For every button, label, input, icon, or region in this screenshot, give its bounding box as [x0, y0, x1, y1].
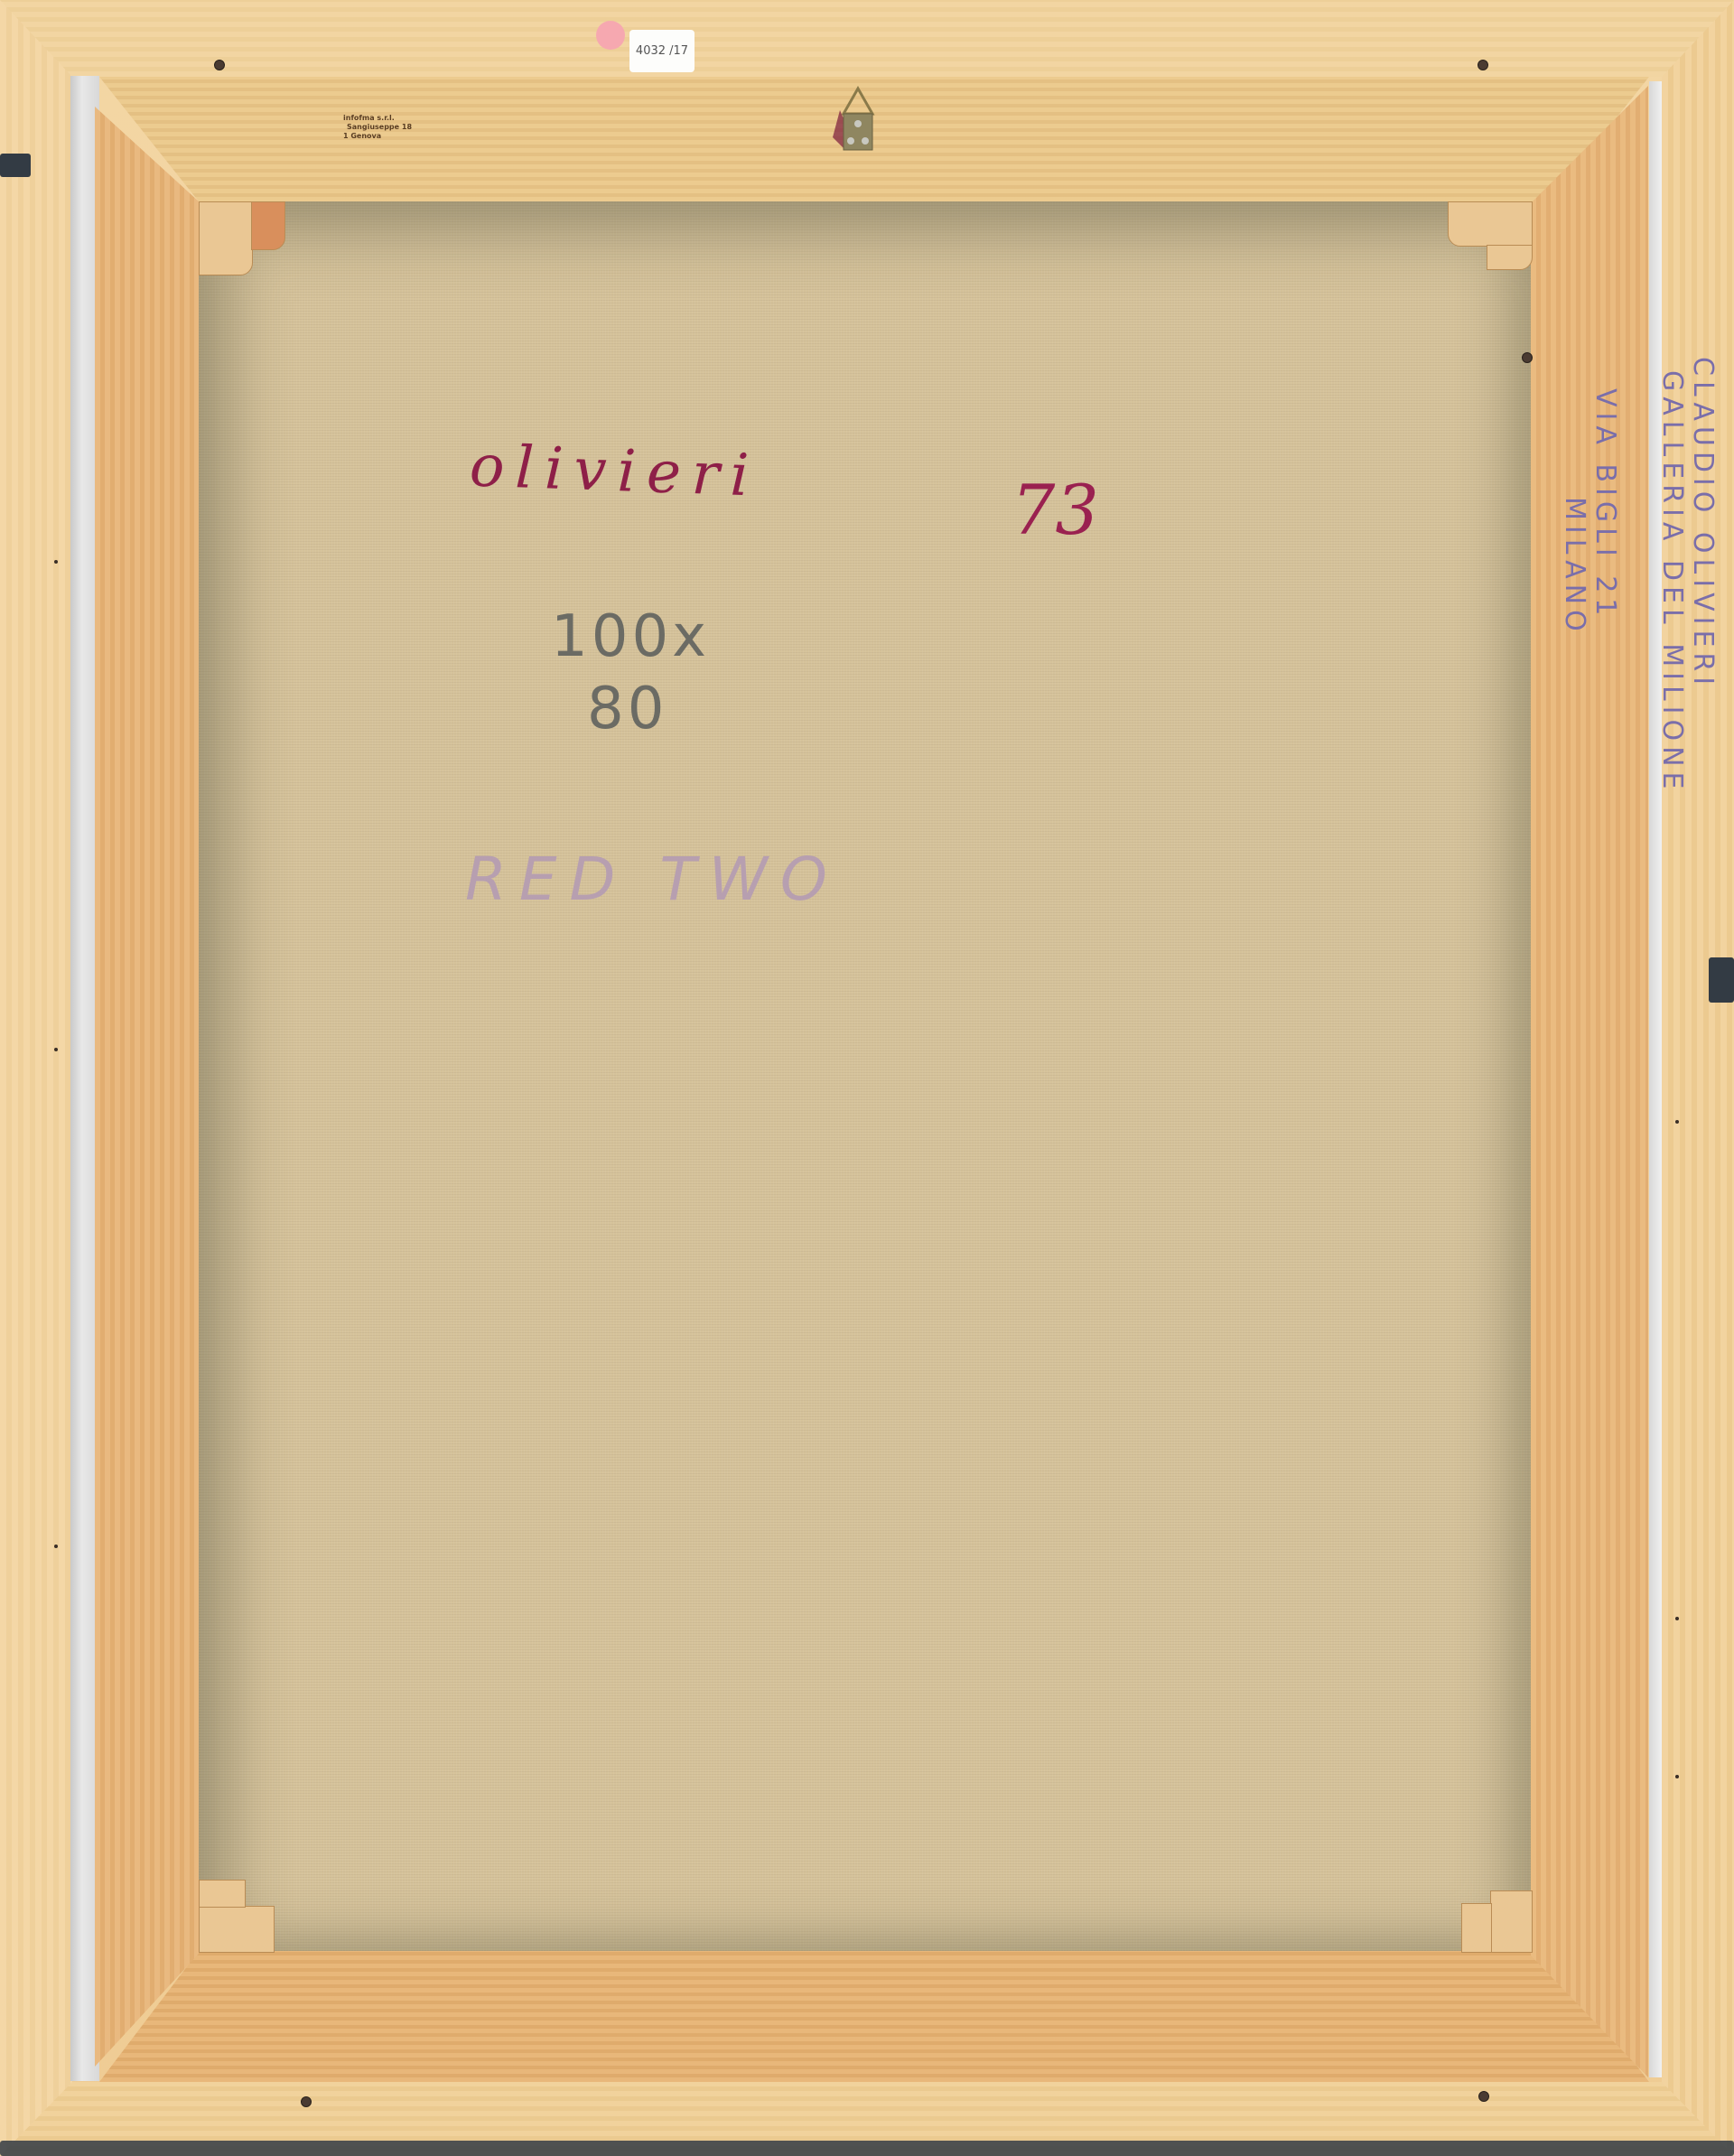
- corner-wedge-bottom-left-key: [199, 1880, 246, 1908]
- artwork-title-inscription: RED TWO: [465, 845, 840, 914]
- screw-icon: [1478, 2091, 1489, 2102]
- stamp-line: Sangiuseppe 18: [343, 123, 412, 132]
- inventory-label: 4032 /17: [629, 30, 695, 72]
- corner-wedge-top-left: [199, 201, 253, 275]
- signature-year: 73: [1011, 470, 1099, 550]
- nail-hole: [1675, 1120, 1679, 1124]
- inventory-label-text: 4032 /17: [636, 44, 688, 58]
- bottom-edge-shadow: [0, 2141, 1734, 2156]
- screw-icon: [214, 60, 225, 70]
- dimensions-line-2: 80: [587, 676, 667, 742]
- nail-hole: [1675, 1775, 1679, 1778]
- side-inscription-city: MILANO: [1559, 497, 1590, 637]
- corner-wedge-bottom-right: [1490, 1890, 1533, 1953]
- corner-wedge-top-left-key: [251, 201, 285, 250]
- screw-icon: [1478, 60, 1488, 70]
- stamp-line: infofma s.r.l.: [343, 114, 412, 123]
- canvas-back: [199, 201, 1531, 1951]
- outer-frame-top-rail: [0, 0, 1734, 77]
- nail-hole: [54, 1048, 58, 1051]
- screw-icon: [301, 2096, 312, 2107]
- stretcher-right-bar: [1531, 86, 1648, 2077]
- nail-hole: [1675, 1617, 1679, 1620]
- dimensions-line-1: 100x: [551, 603, 710, 670]
- pink-sticker-dot: [596, 21, 625, 50]
- outer-frame-left-rail: [0, 0, 72, 2156]
- screw-icon: [1522, 352, 1533, 363]
- side-inscription-gallery: GALLERIA DEL MILIONE: [1656, 370, 1688, 795]
- stretcher-left-bar: [95, 107, 199, 2067]
- artist-signature: olivieri: [469, 433, 760, 509]
- stamp-line: 1 Genova: [343, 132, 412, 141]
- framer-stamp: infofma s.r.l. Sangiuseppe 18 1 Genova: [343, 114, 412, 141]
- paint-blot: [0, 154, 31, 177]
- nail-hole: [54, 1545, 58, 1548]
- corner-wedge-top-right: [1448, 201, 1533, 247]
- corner-wedge-bottom-left: [199, 1906, 275, 1953]
- outer-frame-right-rail: [1662, 0, 1734, 2156]
- corner-wedge-top-right-key: [1487, 245, 1533, 270]
- stretcher-bottom-bar: [99, 1951, 1649, 2082]
- nail-hole: [54, 560, 58, 564]
- side-inscription-street: VIA BIGLI 21: [1589, 388, 1621, 621]
- paint-blot: [1709, 957, 1734, 1003]
- corner-wedge-bottom-right-key: [1461, 1903, 1492, 1953]
- picture-hanger-icon: [833, 83, 883, 155]
- side-inscription-artist: CLAUDIO OLIVIERI: [1687, 357, 1719, 690]
